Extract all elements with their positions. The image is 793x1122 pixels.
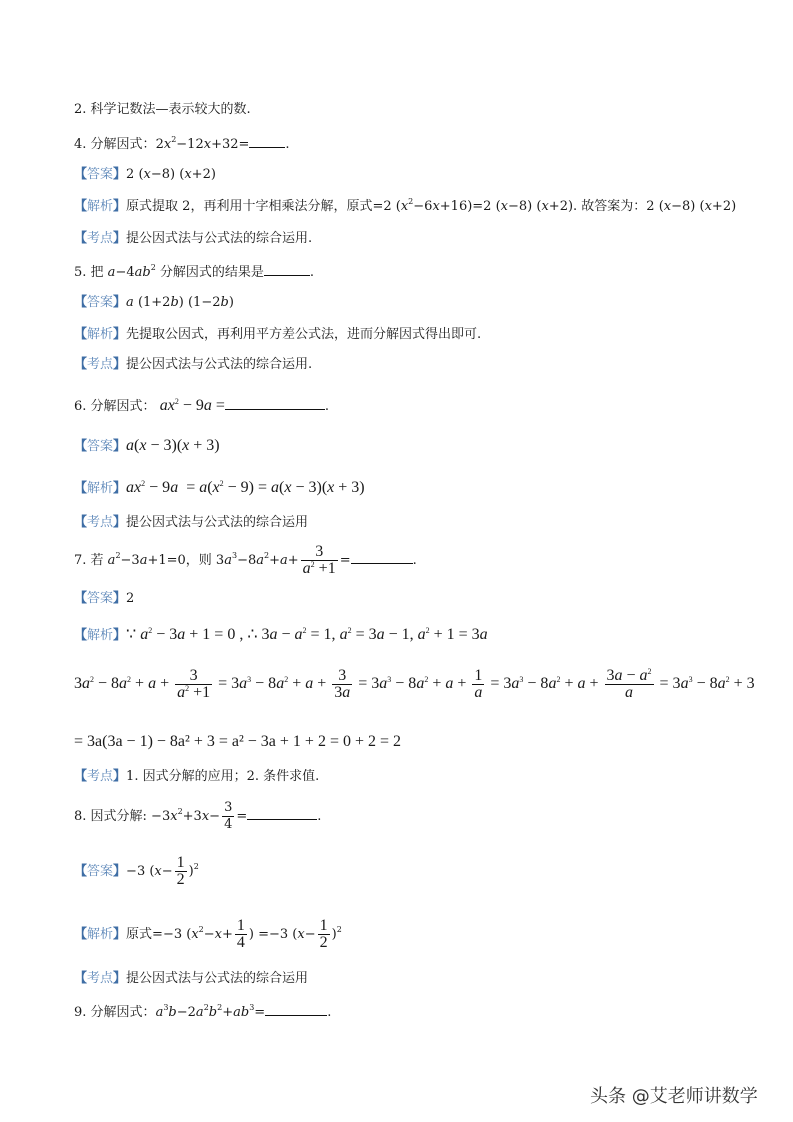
- answer-5: 【答案】a (1+2b) (1−2b): [74, 294, 234, 312]
- analysis-6: 【解析】ax2 − 9a = a(x2 − 9) = a(x − 3)(x + …: [74, 479, 365, 498]
- answer-7: 【答案】2: [74, 590, 134, 608]
- answer-blank: [351, 550, 413, 564]
- keypoint-8: 【考点】提公因式法与公式法的综合运用: [74, 970, 308, 988]
- answer-blank: [249, 134, 285, 148]
- keypoint-7: 【考点】1. 因式分解的应用；2. 条件求值.: [74, 768, 319, 786]
- answer-4: 【答案】2 (x−8) (x+2): [74, 166, 216, 184]
- question-5: 5. 把 a−4ab2 分解因式的结果是.: [74, 262, 314, 282]
- q-number: 4.: [74, 137, 86, 152]
- analysis-4: 【解析】原式提取 2，再利用十字相乘法分解，原式=2 (x2−6x+16)=2 …: [74, 198, 736, 216]
- analysis-7-line2: 3a2 − 8a2 + a + 3a2 +1 = 3a3 − 8a2 + a +…: [74, 668, 755, 701]
- q-prompt: 分解因式：: [91, 137, 156, 152]
- question-4: 4. 分解因式：2x2−12x+32=.: [74, 134, 290, 154]
- answer-6: 【答案】a(x − 3)(x + 3): [74, 437, 220, 456]
- keypoint-6: 【考点】提公因式法与公式法的综合运用: [74, 514, 308, 532]
- answer-blank: [225, 396, 325, 410]
- answer-8: 【答案】−3 (x−12)2: [74, 855, 199, 888]
- keypoint-label: 【考点】: [74, 231, 126, 246]
- answer-blank: [264, 262, 310, 276]
- question-8: 8. 因式分解: −3x2+3x−34=.: [74, 800, 321, 833]
- keypoint-5: 【考点】提公因式法与公式法的综合运用.: [74, 356, 312, 374]
- question-9: 9. 分解因式：a3b−2a2b2+ab3=.: [74, 1002, 331, 1022]
- analysis-8: 【解析】原式=−3 (x2−x+14) =−3 (x−12)2: [74, 918, 342, 951]
- question-7: 7. 若 a2−3a+1=0，则 3a3−8a2+a+3a2 +1=.: [74, 544, 417, 577]
- answer-blank: [247, 806, 317, 820]
- watermark: 头条 @艾老师讲数学: [590, 1082, 758, 1108]
- q2-tail: 2. 科学记数法—表示较大的数.: [74, 101, 251, 119]
- answer-blank: [265, 1002, 327, 1016]
- answer-label: 【答案】: [74, 167, 126, 182]
- analysis-5: 【解析】先提取公因式，再利用平方差公式法，进而分解因式得出即可.: [74, 326, 481, 344]
- analysis-7: 【解析】∵ a2 − 3a + 1 = 0 , ∴ 3a − a2 = 1, a…: [74, 626, 488, 645]
- keypoint-4: 【考点】提公因式法与公式法的综合运用.: [74, 230, 312, 248]
- analysis-label: 【解析】: [74, 199, 126, 214]
- question-6: 6. 分解因式： ax2 − 9a =.: [74, 396, 329, 416]
- analysis-7-line3: = 3a(3a − 1) − 8a² + 3 = a² − 3a + 1 + 2…: [74, 733, 401, 751]
